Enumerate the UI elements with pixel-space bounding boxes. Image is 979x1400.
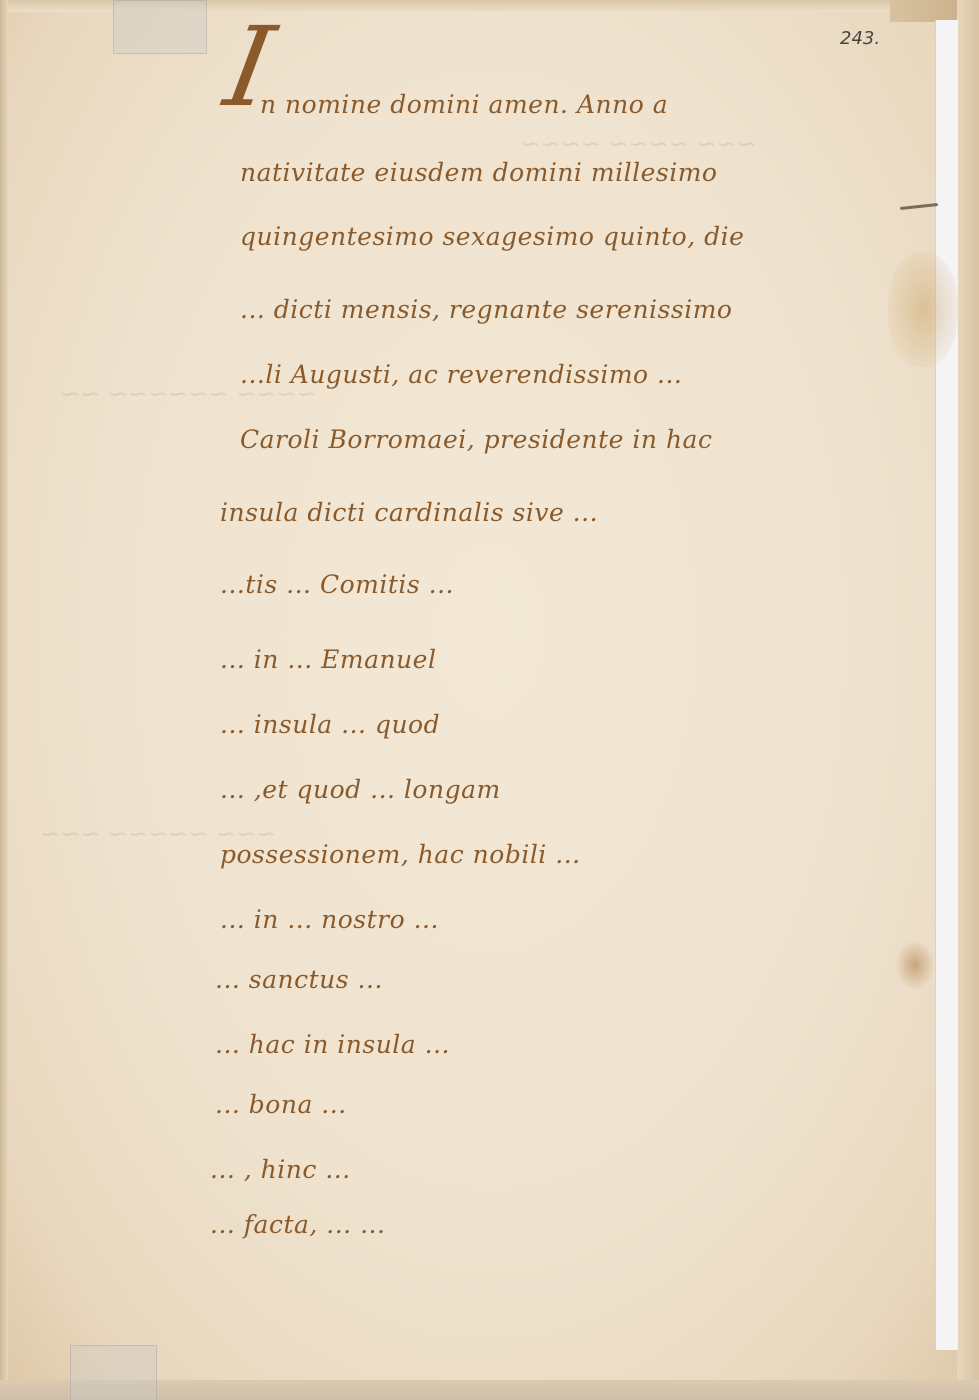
water-stain xyxy=(888,252,958,367)
page-right-edge xyxy=(957,0,979,1400)
text-line: quingentesimo sexagesimo quinto, die xyxy=(240,222,744,251)
text-line: Caroli Borromaei, presidente in hac xyxy=(240,425,712,454)
text-line: ... facta, ... ... xyxy=(210,1210,385,1239)
bleed-through-text: ~~~ ~~~~ ~~~~ xyxy=(520,130,756,158)
text-line: ... dicti mensis, regnante serenissimo xyxy=(240,295,732,324)
text-line: insula dicti cardinalis sive ... xyxy=(220,498,598,527)
text-line: ... in ... nostro ... xyxy=(220,905,439,934)
text-line: nativitate eiusdem domini millesimo xyxy=(240,158,717,187)
text-line: ... sanctus ... xyxy=(215,965,383,994)
text-line: ...li Augusti, ac reverendissimo ... xyxy=(240,360,682,389)
binding-edge xyxy=(0,0,8,1400)
text-line: possessionem, hac nobili ... xyxy=(220,840,581,869)
text-line: ...tis ... Comitis ... xyxy=(220,570,454,599)
text-line: ... hac in insula ... xyxy=(215,1030,450,1059)
text-line: ... ,et quod ... longam xyxy=(220,775,501,804)
text-line: n nomine domini amen. Anno a xyxy=(260,90,668,119)
tape-piece-bottom xyxy=(70,1345,157,1400)
tape-piece-top xyxy=(113,0,207,54)
text-line: ... insula ... quod xyxy=(220,710,440,739)
text-line: ... bona ... xyxy=(215,1090,347,1119)
text-line: ... , hinc ... xyxy=(210,1155,351,1184)
text-line: ... in ... Emanuel xyxy=(220,645,436,674)
manuscript-page xyxy=(0,0,979,1400)
white-guard-strip xyxy=(935,20,958,1350)
ink-stain xyxy=(895,940,935,990)
folio-number: 243. xyxy=(840,28,880,49)
